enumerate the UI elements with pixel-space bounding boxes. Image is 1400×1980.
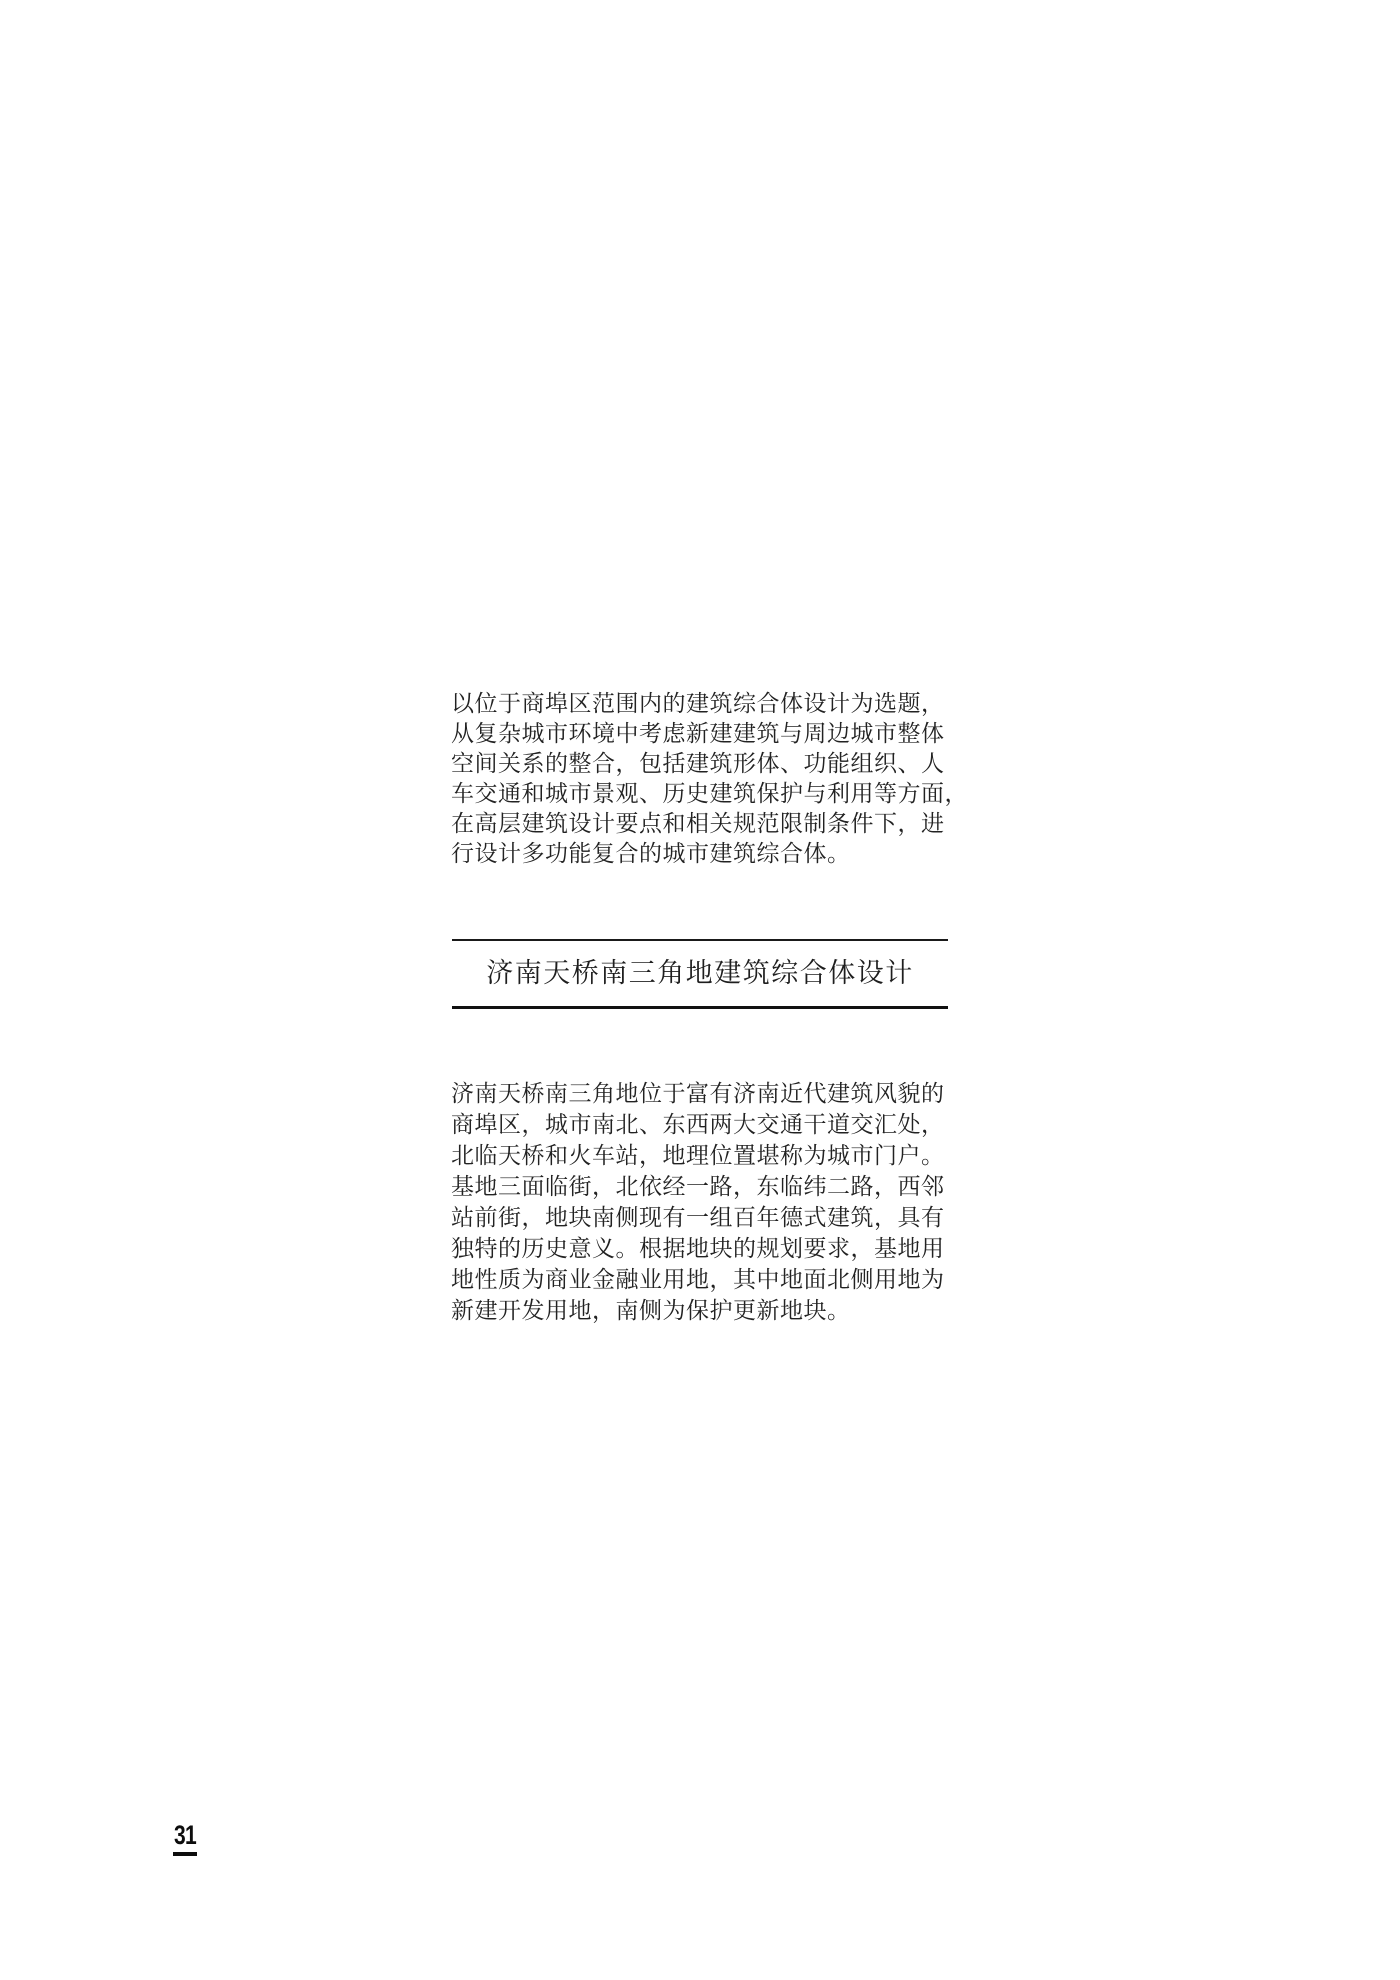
paragraph-line: 车交通和城市景观、历史建筑保护与利用等方面，	[451, 778, 991, 808]
paragraph-line: 新建开发用地，南侧为保护更新地块。	[451, 1295, 991, 1326]
document-page: 以位于商埠区范围内的建筑综合体设计为选题， 从复杂城市环境中考虑新建建筑与周边城…	[0, 0, 1400, 1980]
page-number-block: 31	[163, 1822, 207, 1856]
paragraph-line: 济南天桥南三角地位于富有济南近代建筑风貌的	[451, 1078, 991, 1109]
page-number-underline	[173, 1852, 197, 1856]
project-title: 济南天桥南三角地建筑综合体设计	[452, 941, 948, 1006]
paragraph-line: 行设计多功能复合的城市建筑综合体。	[451, 838, 991, 868]
paragraph-line: 在高层建筑设计要点和相关规范限制条件下，进	[451, 808, 991, 838]
paragraph-line: 商埠区，城市南北、东西两大交通干道交汇处，	[451, 1109, 991, 1140]
paragraph-line: 以位于商埠区范围内的建筑综合体设计为选题，	[451, 688, 991, 718]
paragraph-line: 北临天桥和火车站，地理位置堪称为城市门户。	[451, 1140, 991, 1171]
paragraph-line: 独特的历史意义。根据地块的规划要求，基地用	[451, 1233, 991, 1264]
paragraph-line: 基地三面临街，北依经一路，东临纬二路，西邻	[451, 1171, 991, 1202]
project-title-block: 济南天桥南三角地建筑综合体设计	[452, 939, 948, 1009]
paragraph-line: 从复杂城市环境中考虑新建建筑与周边城市整体	[451, 718, 991, 748]
project-description: 济南天桥南三角地位于富有济南近代建筑风貌的 商埠区，城市南北、东西两大交通干道交…	[451, 1078, 991, 1326]
paragraph-line: 站前街，地块南侧现有一组百年德式建筑，具有	[451, 1202, 991, 1233]
paragraph-line: 空间关系的整合，包括建筑形体、功能组织、人	[451, 748, 991, 778]
page-number: 31	[168, 1822, 202, 1849]
intro-paragraph: 以位于商埠区范围内的建筑综合体设计为选题， 从复杂城市环境中考虑新建建筑与周边城…	[451, 688, 991, 868]
paragraph-line: 地性质为商业金融业用地，其中地面北侧用地为	[451, 1264, 991, 1295]
